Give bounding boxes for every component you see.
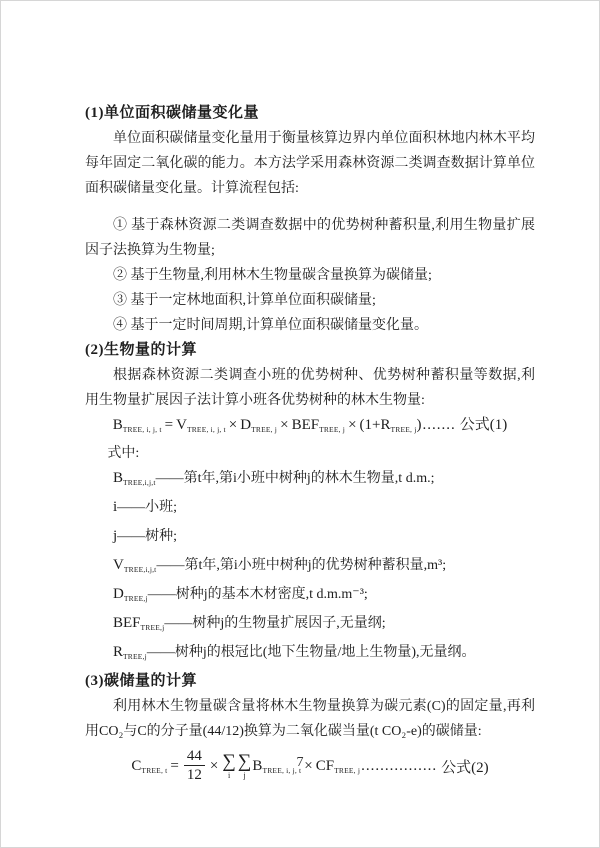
definition-text: ——第t年,第i小班中树种j的林木生物量,t d.m.;	[156, 471, 435, 486]
times-sign: ×	[229, 417, 237, 433]
formula-variable: VTREE, i, j, t	[176, 413, 226, 442]
paragraph-line: 每年固定二氧化碳的能力。本方法学采用森林资源二类调查数据计算单位	[85, 151, 535, 176]
section-3-heading: (3)碳储量的计算	[85, 669, 535, 694]
paren-close: )	[417, 417, 422, 433]
paragraph-line: 单位面积碳储量变化量用于衡量核算边界内单位面积林地内林木平均	[85, 126, 535, 151]
formula-variable: BEFTREE, j	[292, 413, 346, 442]
list-item-2: ② 基于生物量,利用林木生物量碳含量换算为碳储量;	[85, 263, 535, 288]
definition-text: ——第t年,第i小班中树种j的优势树种蓄积量,m³;	[156, 558, 446, 573]
times-sign: ×	[348, 417, 356, 433]
definition-row: RTREE,j——树种j的根冠比(地下生物量/地上生物量),无量纲。	[85, 640, 535, 669]
where-clause: 式中:	[85, 442, 535, 466]
formula-variable: DTREE, j	[240, 413, 277, 442]
definition-text: ——树种j的生物量扩展因子,无量纲;	[164, 616, 385, 631]
definition-text: ——树种;	[117, 529, 177, 544]
definition-text: ——树种j的基本木材密度,t d.m.m⁻³;	[148, 587, 368, 602]
section-1-heading: (1)单位面积碳储量变化量	[85, 101, 535, 126]
list-item-4: ④ 基于一定时间周期,计算单位面积碳储量变化量。	[85, 313, 535, 338]
equals-sign: =	[165, 417, 173, 433]
page-content: (1)单位面积碳储量变化量 单位面积碳储量变化量用于衡量核算边界内单位面积林地内…	[85, 101, 535, 788]
formula-1: BTREE, i, j, t=VTREE, i, j, t×DTREE, j×B…	[85, 413, 535, 442]
definition-row: DTREE,j——树种j的基本木材密度,t d.m.m⁻³;	[85, 582, 535, 611]
list-item-3: ③ 基于一定林地面积,计算单位面积碳储量;	[85, 288, 535, 313]
paragraph-line: 面积碳储量变化量。计算流程包括:	[85, 176, 535, 201]
list-item-1: ① 基于森林资源二类调查数据中的优势树种蓄积量,利用生物量扩展	[85, 213, 535, 238]
formula-variable: RTREE, j	[381, 413, 417, 442]
definition-row: VTREE,i,j,t——第t年,第i小班中树种j的优势树种蓄积量,m³;	[85, 553, 535, 582]
definition-row: BTREE,i,j,t——第t年,第i小班中树种j的林木生物量,t d.m.;	[85, 466, 535, 495]
paren-open: (1+	[360, 417, 381, 433]
definition-row: j——树种;	[85, 524, 535, 553]
list-item-1-continuation: 因子法换算为生物量;	[85, 238, 535, 263]
definition-text: ——小班;	[117, 500, 177, 515]
formula-1-label: 公式(1)	[460, 417, 508, 433]
document-page: (1)单位面积碳储量变化量 单位面积碳储量变化量用于衡量核算边界内单位面积林地内…	[0, 0, 600, 848]
paragraph-line: 利用林木生物量碳含量将林木生物量换算为碳元素(C)的固定量,再利	[85, 694, 535, 719]
paragraph-line: 根据森林资源二类调查小班的优势树种、优势树种蓄积量等数据,利	[85, 363, 535, 388]
definition-text: ——树种j的根冠比(地下生物量/地上生物量),无量纲。	[147, 645, 476, 660]
paragraph-line: 用生物量扩展因子法计算小班各优势树种的林木生物量:	[85, 388, 535, 413]
definition-row: i——小班;	[85, 495, 535, 524]
page-number: 7	[1, 755, 599, 771]
dot-leader: .......	[423, 417, 456, 433]
paragraph-line: 用CO₂与C的分子量(44/12)换算为二氧化碳当量(t CO₂-e)的碳储量:	[85, 719, 535, 744]
section-2-heading: (2)生物量的计算	[85, 338, 535, 363]
definition-row: BEFTREE,j——树种j的生物量扩展因子,无量纲;	[85, 611, 535, 640]
formula-variable: BTREE, i, j, t	[113, 413, 162, 442]
times-sign: ×	[280, 417, 288, 433]
